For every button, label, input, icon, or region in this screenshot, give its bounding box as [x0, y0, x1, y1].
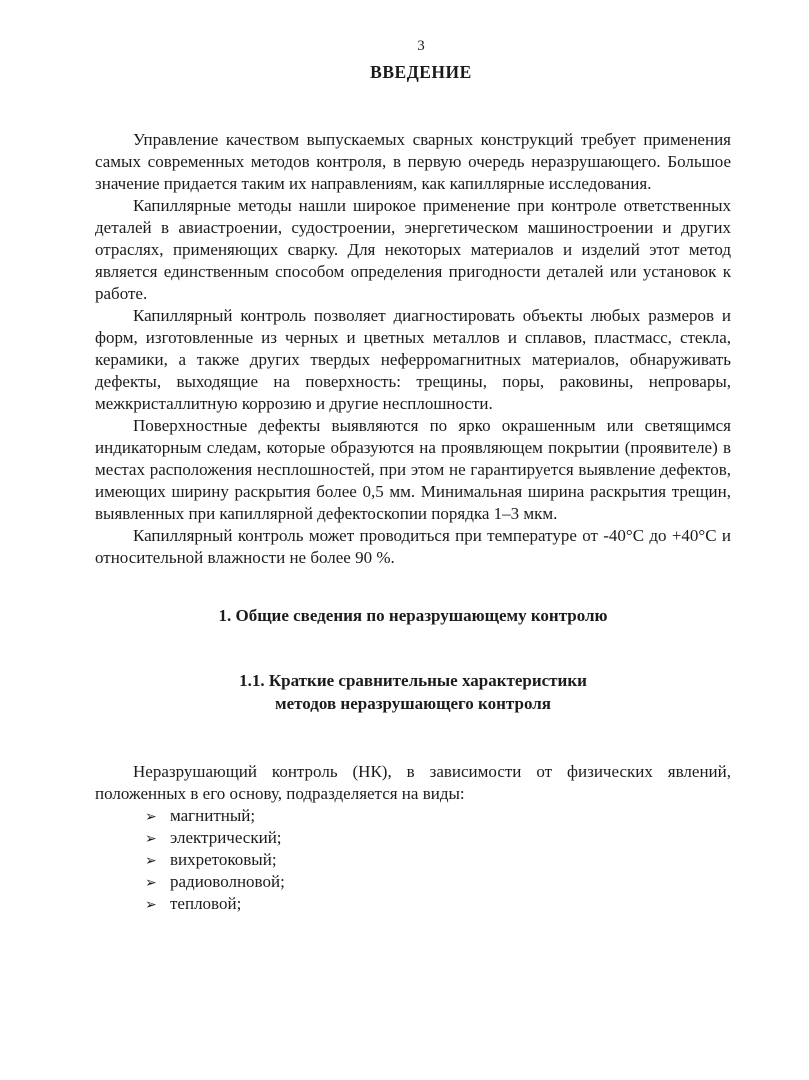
arrow-bullet-icon: ➢ [145, 828, 157, 850]
intro-paragraph-1: Управление качеством выпускаемых сварных… [95, 129, 731, 195]
subsection-heading-line1: 1.1. Краткие сравнительные характеристик… [95, 669, 731, 692]
arrow-bullet-icon: ➢ [145, 872, 157, 894]
intro-paragraph-2: Капиллярные методы нашли широкое примене… [95, 195, 731, 305]
subsection-heading-line2: методов неразрушающего контроля [95, 692, 731, 715]
document-title: ВВЕДЕНИЕ [95, 61, 747, 83]
lead-paragraph: Неразрушающий контроль (НК), в зависимос… [95, 761, 731, 805]
list-item: ➢ магнитный; [95, 805, 731, 827]
intro-paragraph-4: Поверхностные дефекты выявляются по ярко… [95, 415, 731, 525]
arrow-bullet-icon: ➢ [145, 850, 157, 872]
list-item-label: электрический; [170, 828, 282, 847]
nk-methods-list: ➢ магнитный; ➢ электрический; ➢ вихреток… [95, 805, 731, 915]
arrow-bullet-icon: ➢ [145, 894, 157, 916]
list-item: ➢ радиоволновой; [95, 871, 731, 893]
list-item: ➢ электрический; [95, 827, 731, 849]
intro-paragraph-5: Капиллярный контроль может проводиться п… [95, 525, 731, 569]
list-item-label: тепловой; [170, 894, 241, 913]
list-item-label: вихретоковый; [170, 850, 277, 869]
list-item: ➢ вихретоковый; [95, 849, 731, 871]
list-item-label: магнитный; [170, 806, 255, 825]
list-item-label: радиоволновой; [170, 872, 285, 891]
section-heading: 1. Общие сведения по неразрушающему конт… [95, 605, 731, 627]
list-item: ➢ тепловой; [95, 893, 731, 915]
document-page: 3 ВВЕДЕНИЕ Управление качеством выпускае… [0, 0, 809, 1080]
subsection-heading: 1.1. Краткие сравнительные характеристик… [95, 669, 731, 715]
intro-paragraph-3: Капиллярный контроль позволяет диагности… [95, 305, 731, 415]
arrow-bullet-icon: ➢ [145, 806, 157, 828]
page-number: 3 [95, 36, 747, 56]
